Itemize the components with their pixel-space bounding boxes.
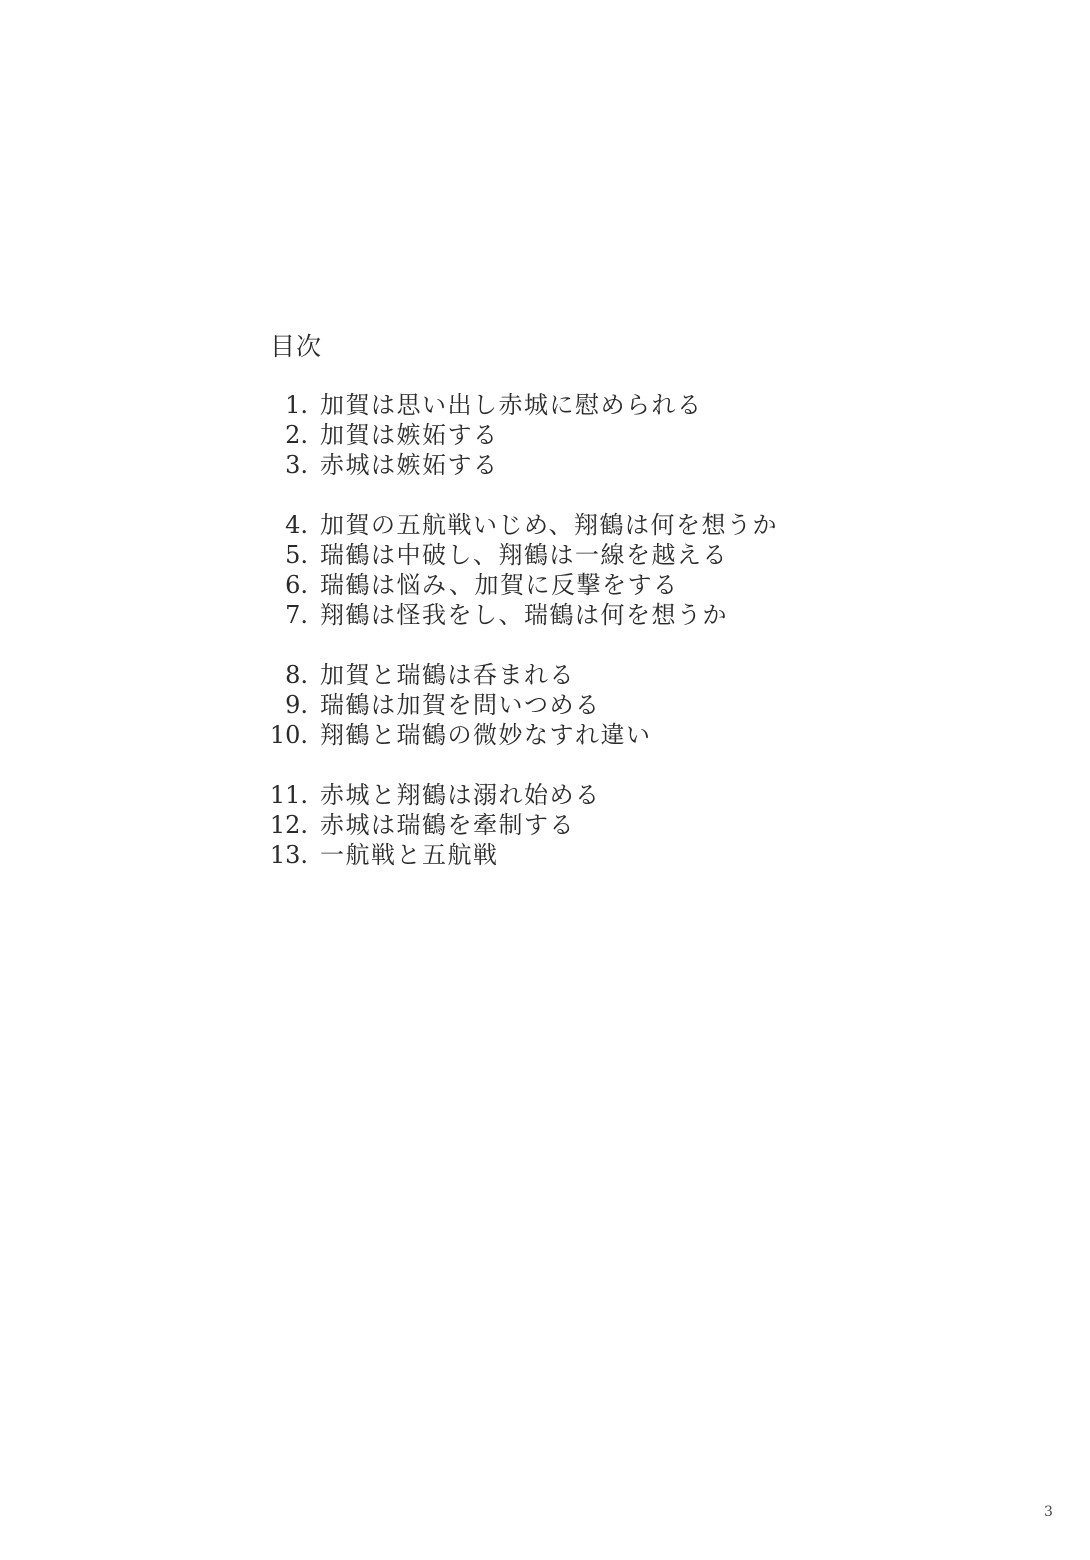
toc-item-title: 加賀は思い出し赤城に慰められる <box>320 390 703 420</box>
toc-item: 10. 翔鶴と瑞鶴の微妙なすれ違い <box>262 720 778 750</box>
toc-item-title: 翔鶴と瑞鶴の微妙なすれ違い <box>320 720 652 750</box>
toc-group-4: 11. 赤城と翔鶴は溺れ始める 12. 赤城は瑞鶴を牽制する 13. 一航戦と五… <box>262 780 778 870</box>
toc-item-number: 6. <box>262 570 320 600</box>
page-number: 3 <box>1044 1504 1053 1520</box>
toc-item-number: 13. <box>262 840 320 870</box>
toc-title: 目次 <box>270 332 322 362</box>
toc-item: 2. 加賀は嫉妬する <box>262 420 778 450</box>
toc-item-number: 8. <box>262 660 320 690</box>
toc-item-title: 赤城は瑞鶴を牽制する <box>320 810 575 840</box>
toc-item-number: 4. <box>262 510 320 540</box>
toc-item: 9. 瑞鶴は加賀を問いつめる <box>262 690 778 720</box>
toc-item: 12. 赤城は瑞鶴を牽制する <box>262 810 778 840</box>
toc-item-title: 加賀は嫉妬する <box>320 420 499 450</box>
toc-item-title: 加賀の五航戦いじめ、翔鶴は何を想うか <box>320 510 778 540</box>
toc-group-3: 8. 加賀と瑞鶴は呑まれる 9. 瑞鶴は加賀を問いつめる 10. 翔鶴と瑞鶴の微… <box>262 660 778 750</box>
toc-item-title: 瑞鶴は悩み、加賀に反撃をする <box>320 570 678 600</box>
toc-item: 13. 一航戦と五航戦 <box>262 840 778 870</box>
toc-item-number: 10. <box>262 720 320 750</box>
toc-item-number: 12. <box>262 810 320 840</box>
toc-group-2: 4. 加賀の五航戦いじめ、翔鶴は何を想うか 5. 瑞鶴は中破し、翔鶴は一線を越え… <box>262 510 778 630</box>
toc-item-number: 11. <box>262 780 320 810</box>
toc-item: 11. 赤城と翔鶴は溺れ始める <box>262 780 778 810</box>
toc-item: 1. 加賀は思い出し赤城に慰められる <box>262 390 778 420</box>
toc-item: 6. 瑞鶴は悩み、加賀に反撃をする <box>262 570 778 600</box>
toc-group-1: 1. 加賀は思い出し赤城に慰められる 2. 加賀は嫉妬する 3. 赤城は嫉妬する <box>262 390 778 480</box>
toc-item: 4. 加賀の五航戦いじめ、翔鶴は何を想うか <box>262 510 778 540</box>
toc-item-number: 2. <box>262 420 320 450</box>
toc-item-title: 瑞鶴は加賀を問いつめる <box>320 690 601 720</box>
toc-item-number: 5. <box>262 540 320 570</box>
toc-item: 3. 赤城は嫉妬する <box>262 450 778 480</box>
toc-item-title: 赤城と翔鶴は溺れ始める <box>320 780 601 810</box>
toc-item-number: 9. <box>262 690 320 720</box>
toc-item-number: 1. <box>262 390 320 420</box>
toc-item-title: 一航戦と五航戦 <box>320 840 499 870</box>
toc-item: 5. 瑞鶴は中破し、翔鶴は一線を越える <box>262 540 778 570</box>
toc-item: 8. 加賀と瑞鶴は呑まれる <box>262 660 778 690</box>
toc-item-title: 瑞鶴は中破し、翔鶴は一線を越える <box>320 540 728 570</box>
toc-item-title: 加賀と瑞鶴は呑まれる <box>320 660 575 690</box>
document-page: 目次 1. 加賀は思い出し赤城に慰められる 2. 加賀は嫉妬する 3. 赤城は嫉… <box>0 0 1090 1560</box>
toc-item: 7. 翔鶴は怪我をし、瑞鶴は何を想うか <box>262 600 778 630</box>
toc-item-number: 3. <box>262 450 320 480</box>
toc-item-title: 赤城は嫉妬する <box>320 450 499 480</box>
toc-item-number: 7. <box>262 600 320 630</box>
table-of-contents: 1. 加賀は思い出し赤城に慰められる 2. 加賀は嫉妬する 3. 赤城は嫉妬する… <box>262 390 778 900</box>
toc-item-title: 翔鶴は怪我をし、瑞鶴は何を想うか <box>320 600 728 630</box>
